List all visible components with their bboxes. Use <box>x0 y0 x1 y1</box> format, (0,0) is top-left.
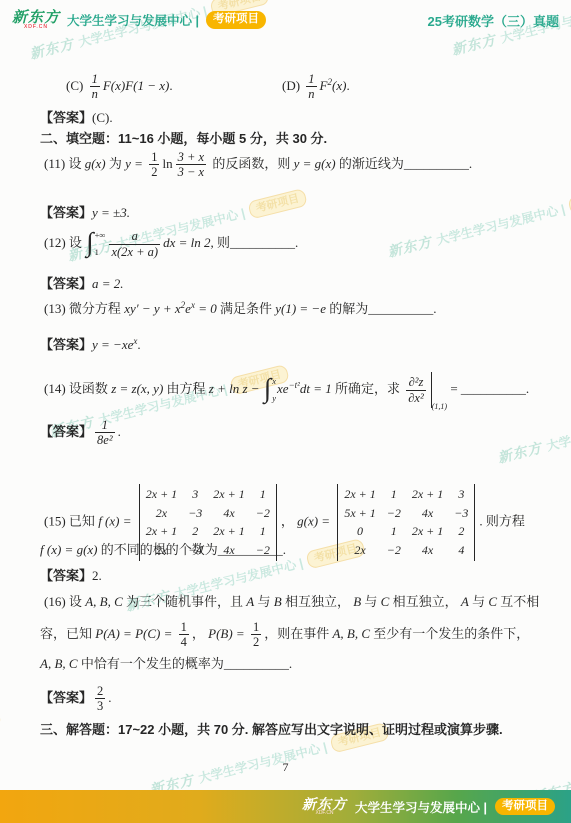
watermark-badge: 考研项目 <box>0 708 2 740</box>
section-3-heading: 三、解答题：17~22 小题，共 70 分. 解答应写出文字说明、证明过程或演算… <box>40 722 503 739</box>
department-title-footer: 大学生学习与发展中心 | <box>355 798 487 816</box>
fraction: ax(2x + a) <box>109 229 160 259</box>
question-16-line2: 容，已知 P(A) = P(C) = 14， P(B) = 12，则在事件 A,… <box>40 620 529 650</box>
program-badge-footer: 考研项目 <box>495 798 555 816</box>
question-15-continued: f (x) = g(x) 的不同的根的个数为__________. <box>40 542 286 559</box>
answer-12: 【答案】a = 2. <box>40 276 124 293</box>
blank-line: __________ <box>224 656 289 671</box>
superscript: x <box>133 336 137 346</box>
question-11: (11) 设 g(x) 为 y = 12ln3 + x3 − x 的反函数，则 … <box>44 150 472 180</box>
blank-line: __________ <box>230 235 295 250</box>
answer-11: 【答案】y = ±3. <box>40 205 130 222</box>
superscript: 2 <box>181 300 186 310</box>
integral: ∫xy <box>264 375 276 405</box>
option-d-label: (D) <box>282 78 300 93</box>
question-12: (12) 设 ∫+∞1ax(2x + a)dx = ln 2, 则_______… <box>44 229 298 259</box>
answer-16: 【答案】23. <box>40 684 112 714</box>
question-14: (14) 设函数 z = z(x, y) 由方程 z + ln z − ∫xyx… <box>44 372 529 408</box>
watermark-brand-logo: 新东方 <box>28 33 77 63</box>
watermark-text: 大学生学习与发展中心 | <box>544 405 571 454</box>
exam-document-page: 新东方 大学生学习与发展中心 | 考研项目 新东方 大学生学习与发展中心 | 考… <box>0 0 571 823</box>
answer-label: 【答案】 <box>40 110 92 125</box>
option-d: (D) 1nF2(x). <box>282 72 350 102</box>
superscript: 2 <box>328 77 333 87</box>
option-c-expr: F(x)F(1 − x) <box>103 78 170 93</box>
answer-label: 【答案】 <box>40 337 92 352</box>
blank-line: __________ <box>218 542 283 557</box>
integral: ∫+∞1 <box>86 229 105 259</box>
fraction: 18e² <box>95 418 115 448</box>
fraction: ∂²z∂x² <box>406 375 425 405</box>
determinant-g: 2x + 112x + 135x + 1−24x−3012x + 122x−24… <box>337 484 475 561</box>
fraction: 14 <box>179 620 189 650</box>
evaluation-bar: (1,1) <box>431 372 447 408</box>
blank-line: __________ <box>461 381 526 396</box>
watermark-badge: 考研项目 <box>567 184 571 216</box>
fraction: 1n <box>306 72 316 102</box>
section-2-heading: 二、填空题：11~16 小题，每小题 5 分，共 30 分. <box>40 131 327 148</box>
question-16-line3: A, B, C 中恰有一个发生的概率为__________. <box>40 656 292 673</box>
xdf-logo-footer: 新东方 XDF.CN <box>302 797 347 816</box>
fraction: 23 <box>95 684 105 714</box>
watermark-brand-logo: 新东方 <box>386 231 435 261</box>
page-header: 新东方 XDF.CN 大学生学习与发展中心 | 考研项目 25考研数学（三）真题 <box>12 8 559 32</box>
fraction: 12 <box>251 620 261 650</box>
answer-13: 【答案】y = −xex. <box>40 337 141 354</box>
watermark: 新东方 大学生学习与发展中心 | 考研项目 <box>386 183 571 262</box>
superscript: −t² <box>289 380 300 390</box>
option-c: (C) 1nF(x)F(1 − x). <box>66 72 173 102</box>
fraction: 1n <box>90 72 100 102</box>
watermark-badge: 考研项目 <box>247 188 308 220</box>
answer-label: 【答案】 <box>40 568 92 583</box>
fraction: 3 + x3 − x <box>176 150 206 180</box>
superscript: x <box>191 300 195 310</box>
answer-15: 【答案】2. <box>40 568 102 585</box>
answer-14: 【答案】18e². <box>40 418 121 448</box>
department-title: 大学生学习与发展中心 | <box>67 11 199 29</box>
page-footer: 新东方 XDF.CN 大学生学习与发展中心 | 考研项目 <box>0 790 571 823</box>
blank-line: __________ <box>368 301 433 316</box>
fraction: 12 <box>149 150 159 180</box>
answer-label: 【答案】 <box>40 205 92 220</box>
watermark-brand-logo: 新东方 <box>496 437 545 467</box>
blank-line: __________ <box>404 156 469 171</box>
xdf-logo-subtext: XDF.CN <box>315 811 333 816</box>
integral-sign: ∫ <box>264 375 271 405</box>
page-number: 7 <box>0 760 571 775</box>
watermark-brand-logo: 新东方 <box>450 29 499 59</box>
option-c-label: (C) <box>66 78 83 93</box>
answer-label: 【答案】 <box>40 276 92 291</box>
document-title: 25考研数学（三）真题 <box>428 11 559 30</box>
answer-label: 【答案】 <box>40 424 92 439</box>
question-13: (13) 微分方程 xy′ − y + x2ex = 0 满足条件 y(1) =… <box>44 301 437 318</box>
answer-choice: 【答案】(C). <box>40 110 113 127</box>
program-badge: 考研项目 <box>206 11 266 29</box>
watermark-text: 大学生学习与发展中心 | <box>434 199 566 248</box>
question-16-line1: (16) 设 A, B, C 为三个随机事件，且 A 与 B 相互独立， B 与… <box>44 594 539 611</box>
answer-label: 【答案】 <box>40 690 92 705</box>
xdf-logo-wordmark: 新东方 <box>302 797 347 811</box>
xdf-logo-wordmark: 新东方 <box>12 10 60 25</box>
integral-sign: ∫ <box>86 229 93 259</box>
brand-lockup: 新东方 XDF.CN 大学生学习与发展中心 | 考研项目 <box>12 10 266 30</box>
xdf-logo-subtext: XDF.CN <box>24 25 48 30</box>
xdf-logo: 新东方 XDF.CN <box>12 10 60 30</box>
